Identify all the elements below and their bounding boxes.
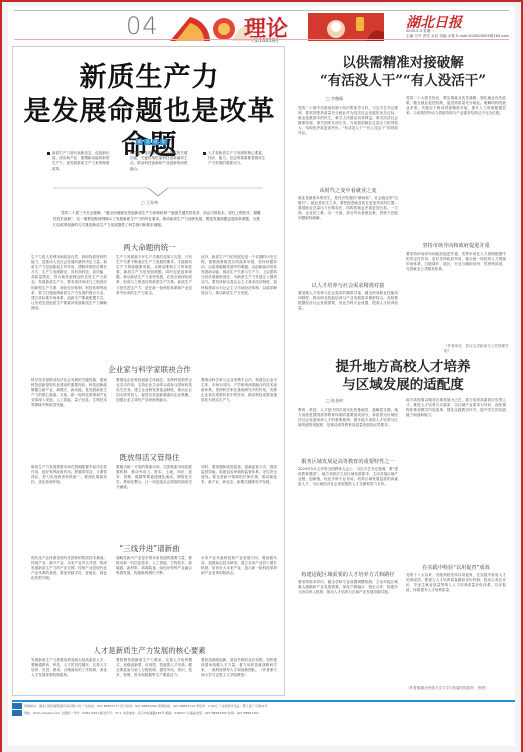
subhead-2: 企业家与科学家联袂合作	[13, 364, 286, 375]
footer-tag-icon	[12, 710, 22, 716]
section-2-columns: 科学技术是推动经济社会发展的关键因素，重视科技创新是现代化建设的重要经验。科技创…	[31, 378, 277, 446]
headline-line-1: 新质生产力	[13, 61, 286, 95]
key-point: 科学技术是推动经济社会发展的关键因素，关键时刻依靠科技创新赢得主动，推动科技创新…	[125, 151, 189, 172]
text-column: 此外，新质生产力的发展也是一个长期的历史过程，需要统筹推进各项改革举措，坚持问题…	[201, 255, 277, 355]
right-bottom-subhead-2: 构建适配区域需要的人才培养方式和路径	[298, 571, 398, 578]
footer: 印刷单位：湖北日报传媒集团印务有限公司 广告热线：027-88567777 发行…	[12, 700, 515, 717]
footer-line-1: 印刷单位：湖北日报传媒集团印务有限公司 广告热线：027-88567777 发行…	[24, 703, 514, 709]
key-point: 新质生产力是代表新质态、创造新价值、适应新产业、重塑新动能的新型生产力，是发展新…	[47, 151, 111, 172]
left-article: 新质生产力 是发展命题也是改革命题 阐 读 观 察 新质生产力是代表新质态、创造…	[12, 46, 285, 696]
right-top-subhead-2: 以人才培养与社会需求精准对接	[298, 282, 398, 289]
text-column: 要营造鼓励创新、宽容失败的良好氛围，加快建设国家战略人才力量，着力培养造就战略科…	[201, 658, 277, 692]
right-bottom-subhead-3: 在实践中检验“以用促育”成效	[406, 564, 506, 571]
headline-line-1: 以供需精准对接破解	[294, 54, 512, 72]
subhead-4: “三线并进”谱新曲	[13, 543, 286, 554]
right-top-author-note: （作者单位：武汉大学政治与公共管理学院）	[444, 344, 512, 354]
text-column: 要健全统一开放的要素市场，完善要素市场化配置机制，推动劳动力、资本、土地、知识、…	[116, 465, 192, 540]
subhead-5: 人才是新质生产力发展的核心要素	[13, 645, 286, 656]
text-column: 生产力发展离不开生产关系的变革与完善，只有生产关系不断适应生产力发展的要求，才能…	[116, 255, 192, 355]
right-top-headline: 以供需精准对接破解 “有活没人干”“有人没活干”	[294, 54, 512, 90]
text-column: 党的十八大以来，各级高校坚持以用促育，在实践中检验人才培养成效。要建立人才培养质…	[406, 573, 506, 683]
text-column: 教育、科技、人才是中国式现代化的基础性、战略性支撑。地方高校是我国高等教育体系的…	[298, 408, 398, 454]
text-column: 要推动科学家与企业家携手合作，构建以企业为主体、市场为导向、产学研用深度融合的技…	[201, 378, 277, 446]
right-column: 以供需精准对接破解 “有活没人干”“有人没活干” □ 李魏薇 党的二十届中央政治…	[294, 46, 512, 696]
text-column: 生产力是人类利用和改造自然、获取物质资料的能力，是推动人类社会发展的最终决定力量…	[31, 255, 107, 355]
headline-line-1: 提升地方高校人才培养	[294, 358, 512, 376]
divider-chevron-icon	[53, 187, 263, 197]
text-column: 同时，要加强和改进监管，创新监管方式，提高监管效能，构建包容审慎的监管体系，守住…	[201, 465, 277, 540]
tag-char: 阐	[136, 139, 143, 145]
publication-info: 2025.2.3 星期一 主编 方丹 责任 余启 美编 余曼 E-mail:ll…	[406, 29, 516, 38]
text-column: 党的二十届中央政治局第十四次集体学习时，习近平总书记强调，要坚持把高质量充分就业…	[298, 106, 398, 184]
left-lead: 党的二十届三中全会强调，“健全因地制宜发展新质生产力体制机制”“加强关键共性技术…	[53, 210, 263, 228]
footer-tag-icon	[12, 703, 22, 709]
snake-mascot-decoration-icon	[308, 11, 384, 41]
headline-line-2: “有活没人干”“有人没活干”	[294, 72, 512, 90]
text-column: 要加强人才培养与社会需求的精准对接，健全终身职业技能培训制度，推动职业技能培训与…	[298, 291, 398, 351]
left-byline: □ 王寿林	[13, 200, 286, 206]
footer-rule	[12, 700, 515, 702]
section-4-columns: 现代化产业体系是现代化国家的物质技术基础。传统产业、新兴产业、未来产业齐头并进，…	[31, 556, 277, 641]
page-number: 04	[126, 12, 159, 40]
subhead-3: 既放得活又管得住	[13, 452, 286, 463]
headline-line-2: 与区域发展的适配度	[294, 376, 512, 394]
tag-char: 观	[152, 139, 159, 145]
tag-char: 读	[144, 139, 151, 145]
masthead-top-rule	[14, 10, 509, 11]
right-bottom-byline: □ 陈金树	[326, 398, 343, 404]
text-column: 要坚持需求导向，健全学科专业设置调整机制，主动对接区域重大战略和产业发展需要。深…	[298, 580, 398, 692]
text-column: 战略性新兴产业是引领未来发展的重要力量，要推动新一代信息技术、人工智能、生物技术…	[116, 556, 192, 641]
text-column: 新质生产力发展需要市场在资源配置中起决定性作用，更好发挥政府作用。既要放得活，又…	[31, 465, 107, 540]
text-column: 要坚持市场导向和政府促进并重，发挥市场在人力资源配置中的决定性作用，更好发挥政府…	[406, 252, 506, 340]
tag-char: 察	[160, 139, 167, 145]
subhead-1: 两大命题的统一	[13, 242, 286, 253]
key-point: 人才是新质生产力发展的核心要素，知识、能力、信念等要素都是推动生产力发展的重要动…	[203, 151, 267, 172]
text-column: 发展新质生产力需要培养造就大批高素质人才。要畅通教育、科技、人才的良性循环，完善…	[31, 658, 107, 692]
right-top-subhead-1: 从时代之变中看就业之变	[298, 187, 398, 194]
fan-decoration-icon	[162, 11, 252, 41]
right-top-byline: □ 李魏薇	[326, 96, 343, 102]
newspaper-page: 04 理论 (第1683期) 湖北日报 2025.2.3 星期一 主编 方丹 责…	[8, 6, 515, 746]
text-column: 2024年5月召开的全国教育大会上，习近平总书记强调，要“建设教育强国”。地方高…	[298, 467, 398, 567]
left-headline: 新质生产力 是发展命题也是改革命题	[13, 61, 286, 163]
text-column: 要按照发展新质生产力要求，完善人才培养模式，加强创新型、应用型、技能型人才培养。…	[116, 658, 192, 692]
text-column: 现代化产业体系是现代化国家的物质技术基础。传统产业、新兴产业、未来产业齐头并进，…	[31, 556, 107, 641]
text-column: 科学技术是推动经济社会发展的关键因素，重视科技创新是现代化建设的重要经验。科技创…	[31, 378, 107, 446]
masthead: 04 理论 (第1683期) 湖北日报 2025.2.3 星期一 主编 方丹 责…	[8, 6, 515, 44]
column-tag: 阐 读 观 察	[136, 139, 167, 145]
text-column: 就业是最基本的民生，是经济发展的“晴雨表”，社会稳定的“压舱石”。就业是民生之本…	[298, 196, 398, 278]
right-top-subhead-3: 坚持市场导向和政府促进并重	[406, 242, 506, 249]
text-column: 未来产业代表科技和产业发展方向，要前瞻布局，加强前沿技术研发，建立未来产业投入增…	[201, 556, 277, 641]
text-column: 地方高校要以服务区域发展为己任，着力培养高素质应用型人才。推进人才培养方式改革，…	[406, 398, 506, 560]
text-column: 要强化企业科技创新主体地位，发挥科技领军企业龙头作用，支持企业主动牵头或参与国家…	[116, 378, 192, 446]
footer-line-2: 网址：hbrb.cnhubei.com 全国统一刊号：CN42-0001 邮发代…	[24, 710, 514, 716]
text-column: 党的二十大报告指出，要实施就业优先战略，强化就业优先政策，健全就业促进机制，促进…	[406, 96, 506, 238]
section-3-columns: 新质生产力发展需要市场在资源配置中起决定性作用，更好发挥政府作用。既要放得活，又…	[31, 465, 277, 540]
masthead-bottom-rule	[14, 39, 509, 40]
right-bottom-subhead-1: 服务区域发展是高等教育的重要特性之一	[298, 458, 398, 465]
editor-credits: 主编 方丹 责任 余启 美编 余曼 E-mail:lll20000005@163…	[406, 34, 516, 39]
key-points: 新质生产力是代表新质态、创造新价值、适应新产业、重塑新动能的新型生产力，是发展新…	[47, 151, 267, 172]
section-5-columns: 发展新质生产力需要培养造就大批高素质人才。要畅通教育、科技、人才的良性循环，完善…	[31, 658, 277, 692]
right-bottom-author-note: （作者系湖北民族大学文学与传媒学院院长、教授）	[406, 686, 489, 691]
right-bottom-headline: 提升地方高校人才培养 与区域发展的适配度	[294, 358, 512, 394]
section-1-columns: 生产力是人类利用和改造自然、获取物质资料的能力，是推动人类社会发展的最终决定力量…	[31, 255, 277, 355]
